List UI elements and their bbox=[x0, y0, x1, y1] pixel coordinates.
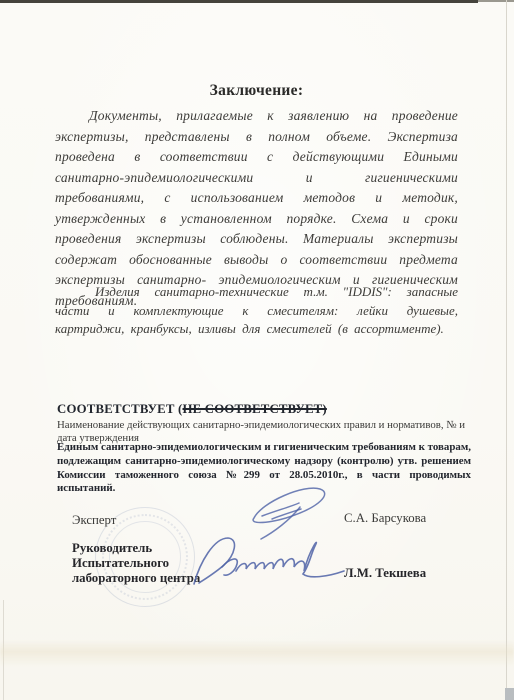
verdict-struck-text: НЕ СООТВЕТСТВУЕТ) bbox=[183, 402, 327, 416]
verdict-line: СООТВЕТСТВУЕТ (НЕ СООТВЕТСТВУЕТ) bbox=[57, 402, 327, 417]
scanned-document-page: Заключение: Документы, прилагаемые к зая… bbox=[0, 0, 514, 700]
signature-role-lab-head: Руководитель Испытательного лабораторног… bbox=[72, 541, 252, 585]
verdict-corresponds-text: СООТВЕТСТВУЕТ ( bbox=[57, 402, 183, 416]
scan-top-edge-right bbox=[478, 0, 514, 2]
signature-role-expert: Эксперт bbox=[72, 513, 116, 528]
paragraph-expertise-conclusion: Документы, прилагаемые к заявлению на пр… bbox=[55, 106, 458, 311]
regulation-reference: Единым санитарно-эпидемиологическим и ги… bbox=[57, 441, 471, 496]
signature-name-expert: С.А. Барсукова bbox=[344, 511, 426, 526]
document-title: Заключение: bbox=[55, 82, 458, 100]
scan-top-edge bbox=[0, 0, 478, 3]
scan-corner-artifact bbox=[505, 688, 514, 700]
scan-bottom-streak bbox=[0, 640, 514, 666]
paragraph-product-description: Изделия санитарно-технические т.м. "IDDI… bbox=[55, 283, 458, 339]
signature-name-lab-head: Л.М. Текшева bbox=[344, 566, 426, 581]
scan-right-edge bbox=[506, 0, 507, 700]
